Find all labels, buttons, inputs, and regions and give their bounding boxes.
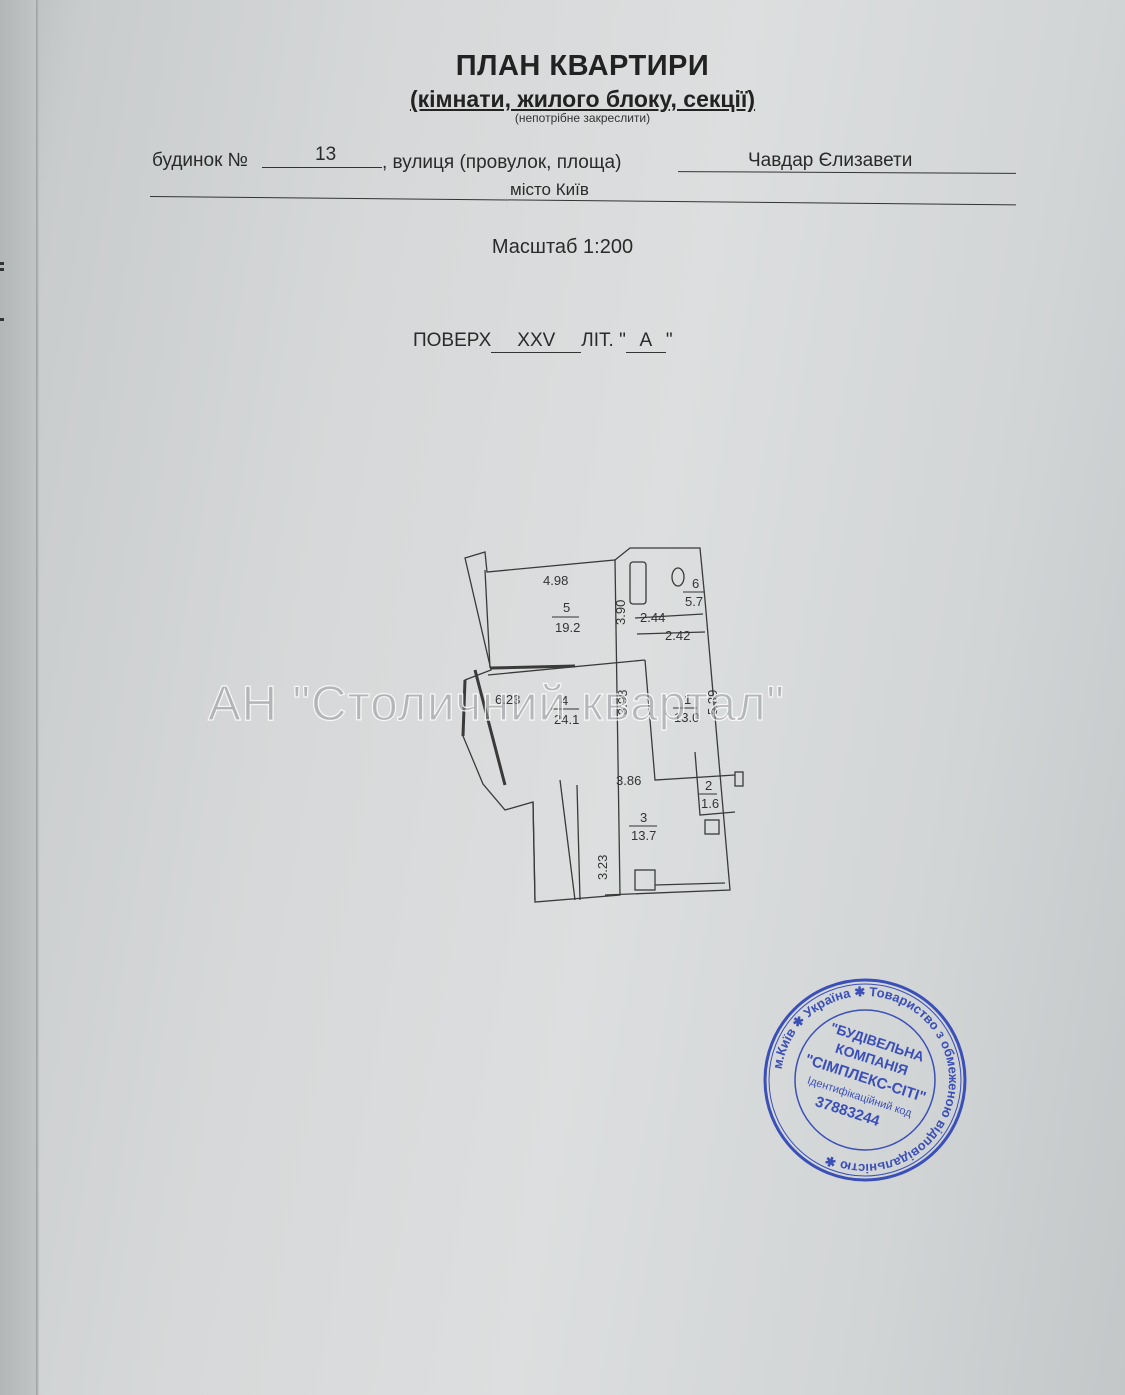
room-2-area: 1.6 (701, 796, 719, 811)
strike-note: (непотрібне закреслити) (0, 111, 1125, 125)
room-6-area: 5.7 (685, 594, 703, 609)
room-6-number: 6 (692, 576, 699, 591)
building-label: будинок № (152, 150, 248, 172)
margin-mark (0, 268, 4, 271)
floor-value: XXV (491, 330, 581, 353)
margin-mark (0, 318, 4, 321)
dim-2-42: 2.42 (665, 628, 690, 643)
room-5-area: 19.2 (555, 620, 580, 635)
floor-label: ПОВЕРХ (413, 330, 491, 351)
margin-mark (0, 262, 4, 265)
street-label: , вулиця (провулок, площа) (382, 152, 621, 174)
room-3-number: 3 (640, 810, 647, 825)
floor-line: ПОВЕРХXXVЛІТ. "А" (413, 330, 673, 353)
building-number: 13 (315, 144, 336, 166)
page-fold (36, 0, 39, 1395)
previous-page-edge (0, 0, 37, 1395)
building-underline (262, 167, 382, 168)
room-5-number: 5 (563, 600, 570, 615)
room-2-number: 2 (705, 778, 712, 793)
scale-label: Масштаб 1:200 (0, 236, 1125, 259)
city: місто Київ (510, 180, 589, 200)
document-title: ПЛАН КВАРТИРИ (0, 50, 1125, 83)
room-3-area: 13.7 (631, 828, 656, 843)
street-underline (678, 171, 1016, 174)
letter-value: А (626, 330, 666, 353)
dim-2-44: 2.44 (640, 610, 665, 625)
dim-3-23: 3.23 (595, 855, 610, 880)
dim-3-90: 3.90 (613, 600, 628, 625)
letter-label: ЛІТ. " (581, 330, 626, 351)
dim-3-86: 3.86 (616, 773, 641, 788)
document-subtitle: (кімнати, жилого блоку, секції) (0, 86, 1125, 113)
dim-4-98: 4.98 (543, 573, 568, 588)
agency-watermark: АН "Столичний квартал" (208, 676, 785, 732)
street-value: Чавдар Єлизавети (748, 150, 912, 172)
company-stamp: м.Київ ✱ Україна ✱ Товариство з обмежено… (760, 975, 970, 1185)
